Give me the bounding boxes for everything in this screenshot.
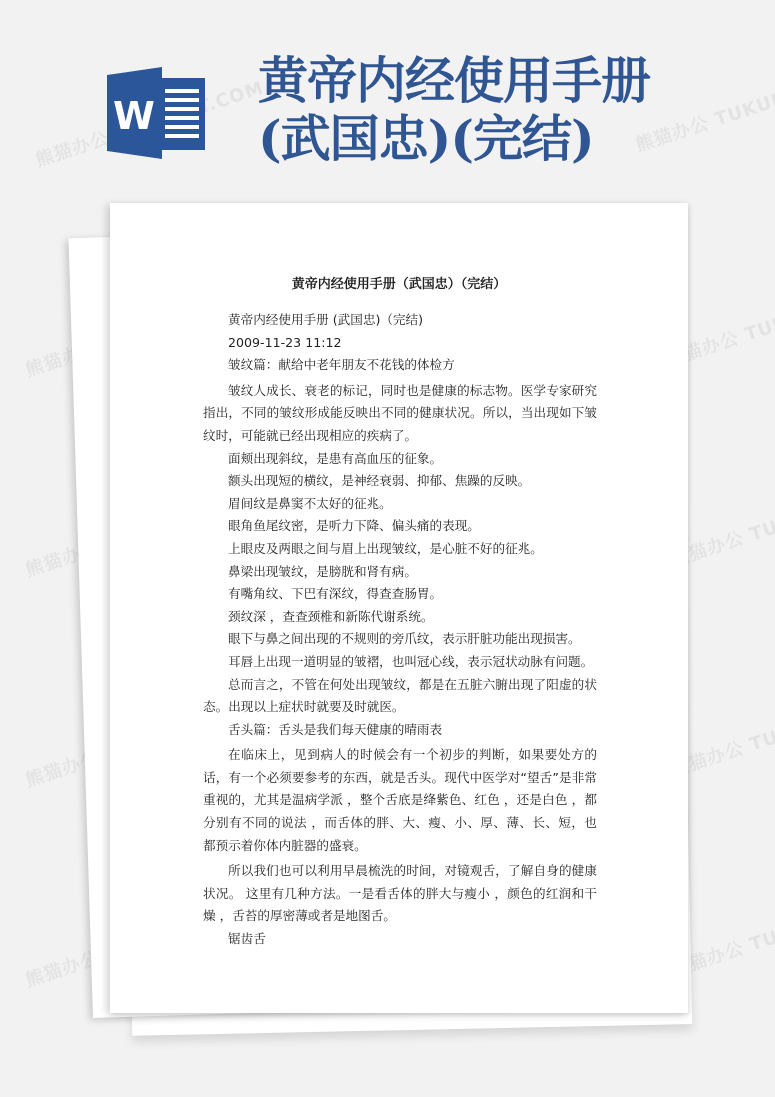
word-document-icon: W (107, 67, 207, 159)
doc-paragraph: 鼻梁出现皱纹，是膀胱和肾有病。 (203, 561, 597, 584)
svg-text:W: W (113, 94, 155, 138)
doc-paragraph: 眼角鱼尾纹密，是听力下降、偏头痛的表现。 (203, 515, 597, 538)
doc-paragraph: 耳唇上出现一道明显的皱褶，也叫冠心线，表示冠状动脉有问题。 (203, 651, 597, 674)
doc-paragraph: 在临床上，见到病人的时候会有一个初步的判断，如果要处方的话，有一个必须要参考的东… (203, 744, 597, 857)
doc-paragraph: 面颊出现斜纹，是患有高血压的征象。 (203, 448, 597, 471)
hero-title: 黄帝内经使用手册 (武国忠)(完结) (258, 52, 758, 168)
document-title: 黄帝内经使用手册（武国忠）（完结） (110, 273, 688, 292)
doc-paragraph: 2009-11-23 11:12 (203, 332, 597, 355)
doc-paragraph: 舌头篇：舌头是我们每天健康的晴雨表 (203, 719, 597, 742)
doc-paragraph: 所以我们也可以利用早晨梳洗的时间，对镜观舌，了解自身的健康状况。 这里有几种方法… (203, 860, 597, 928)
document-body: 黄帝内经使用手册 (武国忠)（完结) 2009-11-23 11:12 皱纹篇：… (203, 309, 597, 951)
doc-paragraph: 总而言之，不管在何处出现皱纹，都是在五脏六腑出现了阳虚的状态。出现以上症状时就要… (203, 674, 597, 719)
doc-paragraph: 有嘴角纹、下巴有深纹，得查查肠胃。 (203, 583, 597, 606)
doc-paragraph: 眼下与鼻之间出现的不规则的旁爪纹，表示肝脏功能出现损害。 (203, 628, 597, 651)
doc-paragraph: 皱纹人成长、衰老的标记，同时也是健康的标志物。医学专家研究指出，不同的皱纹形成能… (203, 380, 597, 448)
hero-title-line-2: (武国忠)(完结) (258, 110, 758, 168)
hero-title-line-1: 黄帝内经使用手册 (258, 52, 758, 110)
document-page: 黄帝内经使用手册（武国忠）（完结） 黄帝内经使用手册 (武国忠)（完结) 200… (110, 203, 688, 1013)
doc-paragraph: 上眼皮及两眼之间与眉上出现皱纹，是心脏不好的征兆。 (203, 538, 597, 561)
doc-paragraph: 额头出现短的横纹，是神经衰弱、抑郁、焦躁的反映。 (203, 470, 597, 493)
doc-paragraph: 颈纹深 ，查查颈椎和新陈代谢系统。 (203, 606, 597, 629)
doc-paragraph: 黄帝内经使用手册 (武国忠)（完结) (203, 309, 597, 332)
doc-paragraph: 锯齿舌 (203, 928, 597, 951)
doc-paragraph: 眉间纹是鼻窦不太好的征兆。 (203, 493, 597, 516)
doc-paragraph: 皱纹篇：献给中老年朋友不花钱的体检方 (203, 354, 597, 377)
